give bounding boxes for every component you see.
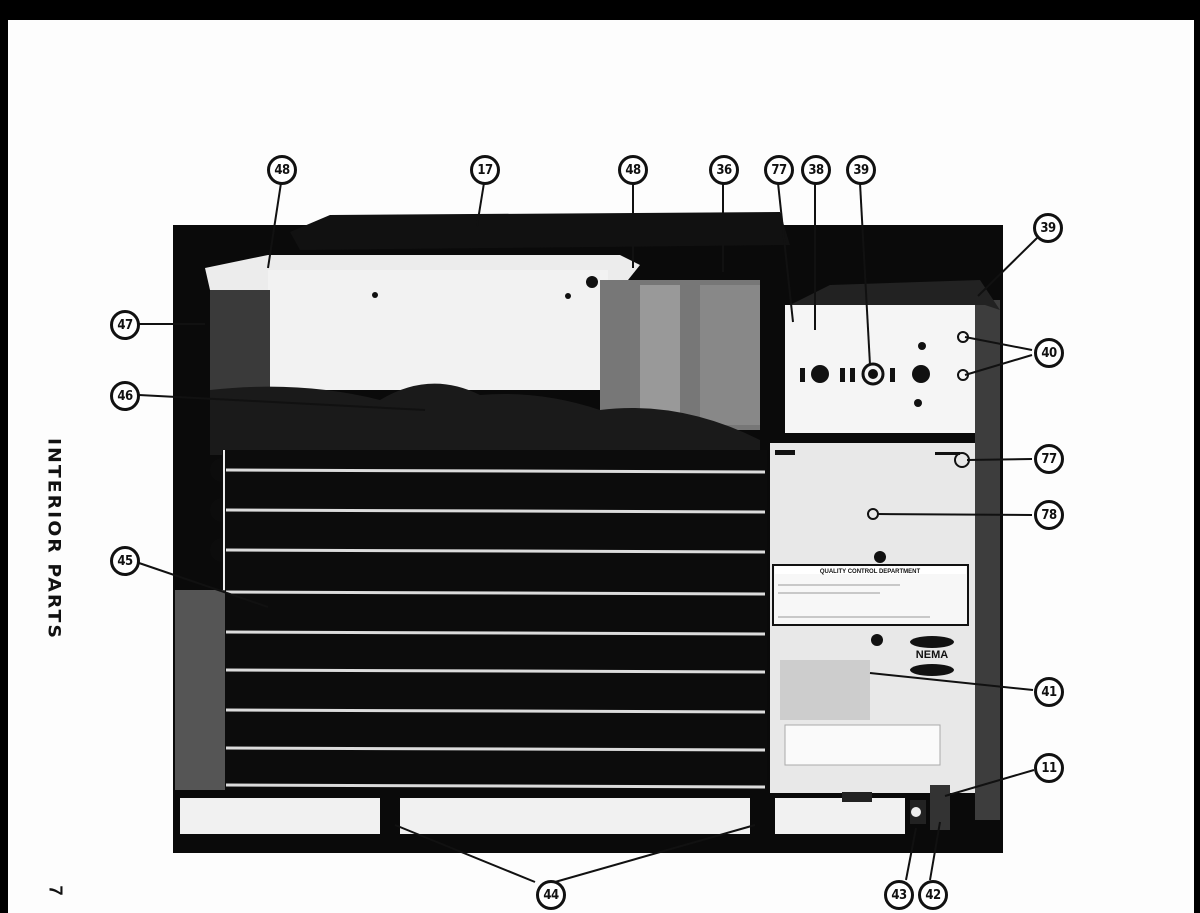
callout-78: 78 (1034, 500, 1064, 530)
callout-39-top: 39 (846, 155, 876, 185)
callout-77-top: 77 (764, 155, 794, 185)
callout-48-b: 48 (618, 155, 648, 185)
callout-42: 42 (918, 880, 948, 910)
callout-leader-lines (0, 0, 1200, 913)
callout-17: 17 (470, 155, 500, 185)
callout-77-right: 77 (1034, 444, 1064, 474)
callout-36: 36 (709, 155, 739, 185)
callout-11: 11 (1034, 753, 1064, 783)
callout-43: 43 (884, 880, 914, 910)
callout-48: 48 (267, 155, 297, 185)
callout-39-right: 39 (1033, 213, 1063, 243)
callout-41: 41 (1034, 677, 1064, 707)
callout-47: 47 (110, 310, 140, 340)
callout-46: 46 (110, 381, 140, 411)
callout-40: 40 (1034, 338, 1064, 368)
callout-38: 38 (801, 155, 831, 185)
callout-44: 44 (536, 880, 566, 910)
callout-45: 45 (110, 546, 140, 576)
